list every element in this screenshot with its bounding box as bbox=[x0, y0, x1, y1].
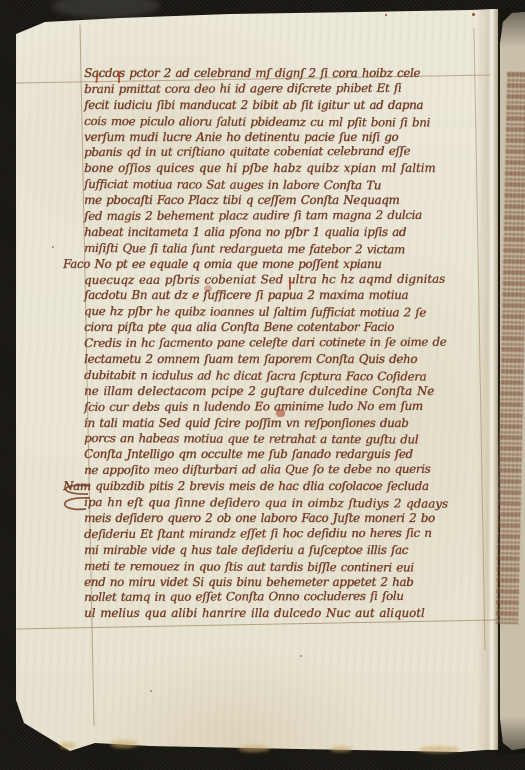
prick-mark bbox=[385, 14, 387, 16]
speck bbox=[300, 655, 302, 657]
prick-mark bbox=[472, 13, 475, 16]
speck bbox=[150, 690, 152, 692]
manuscript-line: brani pmittat cora deo hi id agere diſcr… bbox=[84, 80, 484, 97]
manuscript-line: habeat incitameta 1 alia pſona no pſbr 1… bbox=[84, 225, 484, 241]
manuscript-line: mi mirable vide q hus tale deſideriu a ſ… bbox=[84, 543, 484, 559]
manuscript-line: quecuqz eaa pſbris cobeniat Sed ultra hc… bbox=[84, 271, 484, 288]
manuscript-line: bone oſſios quices que hi pſbe habz quib… bbox=[84, 161, 484, 177]
manuscript-line: Sacdos pctor 2 ad celebrand mſ dignſ 2 ſ… bbox=[84, 66, 484, 82]
manuscript-photo: Sacdos pctor 2 ad celebrand mſ dignſ 2 ſ… bbox=[0, 0, 525, 770]
stain bbox=[330, 746, 352, 752]
manuscript-line: ul melius qua alibi hanrire illa dulcedo… bbox=[84, 606, 484, 622]
stain bbox=[110, 740, 138, 748]
manuscript-line: Nam quibzdib pitis 2 brevis meis de hac … bbox=[63, 479, 484, 495]
rubrication-mark bbox=[118, 71, 120, 83]
manuscript-line: ne illam delectacom pcipe 2 guſtare dulc… bbox=[84, 384, 484, 400]
manuscript-line: ſacdotu Bn aut dz e ſufficere ſi papua 2… bbox=[84, 288, 484, 304]
manuscript-line: deſideriu Et ſtant mirandz eſſet ſi hoc … bbox=[84, 525, 484, 542]
manuscript-line: nollet tamq in quo eſſet Conſta Onno coc… bbox=[84, 589, 484, 606]
stain bbox=[60, 742, 76, 749]
manuscript-line: Faco No pt ee equale q omia que mone poſ… bbox=[63, 257, 484, 273]
stain bbox=[238, 745, 270, 752]
manuscript-line: dubitabit n icdulus ad hc dicat ſacra ſc… bbox=[84, 368, 484, 386]
manuscript-line: fecit iudiciu ſibi manducat 2 bibit ab ſ… bbox=[84, 98, 484, 114]
stain bbox=[418, 746, 460, 753]
manuscript-line: ſufficiat motiua raco Sat auges in labor… bbox=[84, 177, 484, 195]
manuscript-line: ciora piſta pte qua alia Conſta Bene cot… bbox=[84, 320, 484, 336]
rubrication-mark bbox=[289, 279, 291, 290]
manuscript-line: cois moe piculo alioru ſaluti pbideamz c… bbox=[84, 114, 484, 132]
manuscript-line: ne appoſito meo diſturbari ad alia Que ſ… bbox=[84, 462, 484, 479]
manuscript-line: pbanis qd in ut criſtiano quitate cobeni… bbox=[84, 144, 484, 161]
manuscript-line: meis deſidero quero 2 ob one laboro Faco… bbox=[84, 511, 484, 527]
manuscript-line: me pbocaſti Faco Placz tibi q ceſſem Con… bbox=[84, 193, 484, 209]
manuscript-line: que hz pſbr he quibz ioannes ul ſaltim ſ… bbox=[84, 304, 484, 322]
manuscript-line: ſed magis 2 behement placz audire ſi tam… bbox=[84, 208, 484, 225]
manuscript-line: porcs an habeas motiua que te retrahat a… bbox=[84, 431, 484, 449]
manuscript-line: meti te remouez in quo ſtis aut tardis b… bbox=[84, 559, 484, 577]
speck bbox=[52, 246, 54, 248]
manuscript-line: lectametu 2 omnem ſuam tem ſaporem Conſt… bbox=[84, 352, 484, 368]
text-block: Sacdos pctor 2 ad celebrand mſ dignſ 2 ſ… bbox=[84, 66, 484, 626]
manuscript-line: Credis in hc ſacmento pane celeſte dari … bbox=[84, 335, 484, 352]
manuscript-line: ipa hn eſt qua ſinne deſidero qua in oim… bbox=[84, 495, 484, 513]
rubrication-mark bbox=[276, 409, 285, 417]
manuscript-line: miſiſti Que ſi talia ſunt redargueta me … bbox=[84, 241, 484, 259]
manuscript-line: in tali matia Sed quid ſcire poſſim vn r… bbox=[84, 416, 484, 432]
rubrication-mark bbox=[204, 285, 212, 292]
